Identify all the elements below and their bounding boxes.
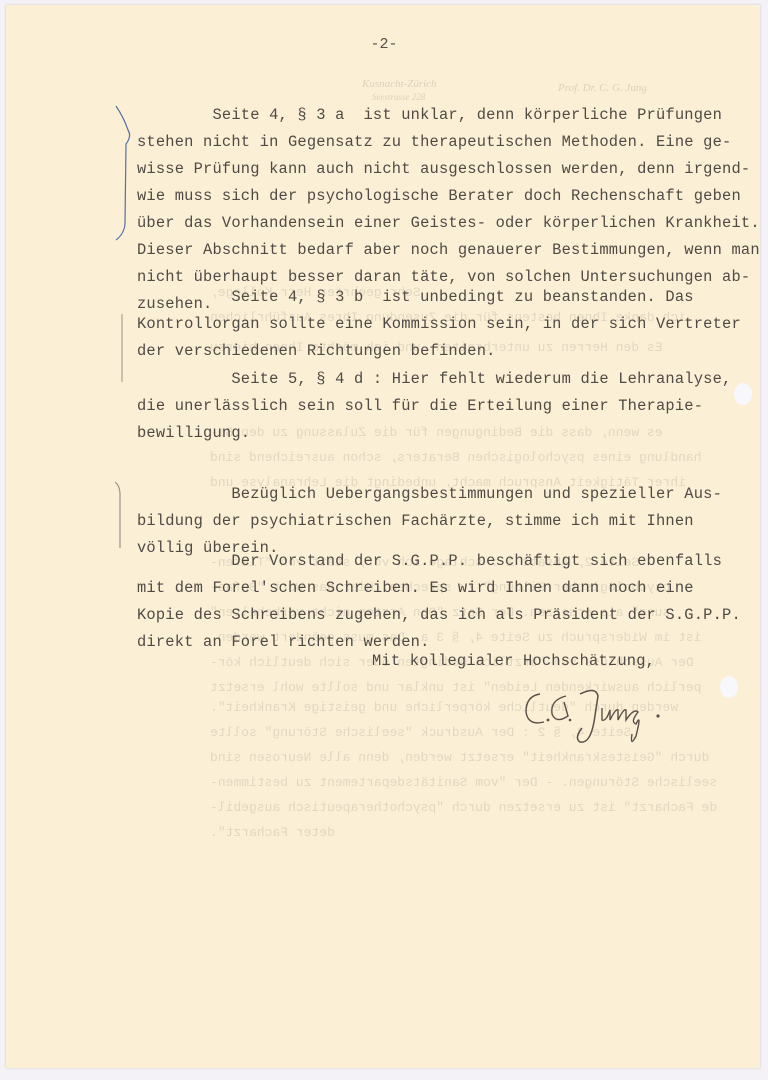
bleed-through-line: deter Facharzt". (210, 825, 335, 840)
margin-line-gray (118, 312, 128, 384)
punch-hole-lower (720, 676, 738, 698)
text-line: Dieser Abschnitt bedarf aber noch genaue… (137, 241, 760, 259)
letterhead-ghost-left: Kusnacht-Zürich (362, 78, 437, 90)
text-line: bewilligung. (137, 424, 250, 442)
signature: C.G. Jung (520, 682, 670, 752)
closing: Mit kollegialer Hochschätzung, (372, 652, 655, 670)
page-number: -2- (0, 36, 768, 53)
margin-bracket-gray (112, 480, 126, 552)
text-line: direkt an Forel richten werden. (137, 633, 430, 651)
text-line: die unerlässlich sein soll für die Ertei… (137, 397, 703, 415)
bleed-through-line: handlung eines psychologischen Beraters,… (210, 450, 701, 465)
text-line: bildung der psychiatrischen Fachärzte, s… (137, 512, 694, 530)
text-line: Seite 5, § 4 d : Hier fehlt wiederum die… (137, 370, 731, 388)
text-line: Kopie des Schreibens zugehen, das ich al… (137, 606, 741, 624)
text-line: nicht überhaupt besser daran täte, von s… (137, 268, 750, 286)
bleed-through-line: durch "Geisteskrankheit" ersetzt werden,… (210, 750, 709, 765)
text-line: über das Vorhandensein einer Geistes- od… (137, 214, 760, 232)
bleed-through-line: es wenn, dass die Bedingungen für die Zu… (210, 425, 662, 440)
text-line: Seite 4, § 3 b ist unbedingt zu beanstan… (137, 288, 694, 306)
text-line: stehen nicht in Gegensatz zu therapeutis… (137, 133, 731, 151)
bleed-through-line: de Facharzt" ist zu ersetzen durch "psyc… (210, 800, 717, 815)
text-line: Kontrollorgan sollte eine Kommission sei… (137, 315, 741, 333)
text-line: wisse Prüfung kann auch nicht ausgeschlo… (137, 160, 750, 178)
text-line: der verschiedenen Richtungen befinden. (137, 342, 496, 360)
text-line: Bezüglich Uebergangsbestimmungen und spe… (137, 485, 722, 503)
text-line: Der Vorstand der S.G.P.P. beschäftigt si… (137, 552, 722, 570)
letterhead-ghost-left-sub: Seestrasse 228 (372, 92, 425, 102)
bleed-through-line: seelische Störungen. - Der "vom Sanitäts… (210, 775, 717, 790)
punch-hole-upper (734, 383, 752, 405)
text-line: Seite 4, § 3 a ist unklar, denn körperli… (137, 106, 722, 124)
text-line: mit dem Forel'schen Schreiben. Es wird I… (137, 579, 694, 597)
letterhead-ghost-right: Prof. Dr. C. G. Jung (558, 82, 647, 94)
text-line: wie muss sich der psychologische Berater… (137, 187, 741, 205)
